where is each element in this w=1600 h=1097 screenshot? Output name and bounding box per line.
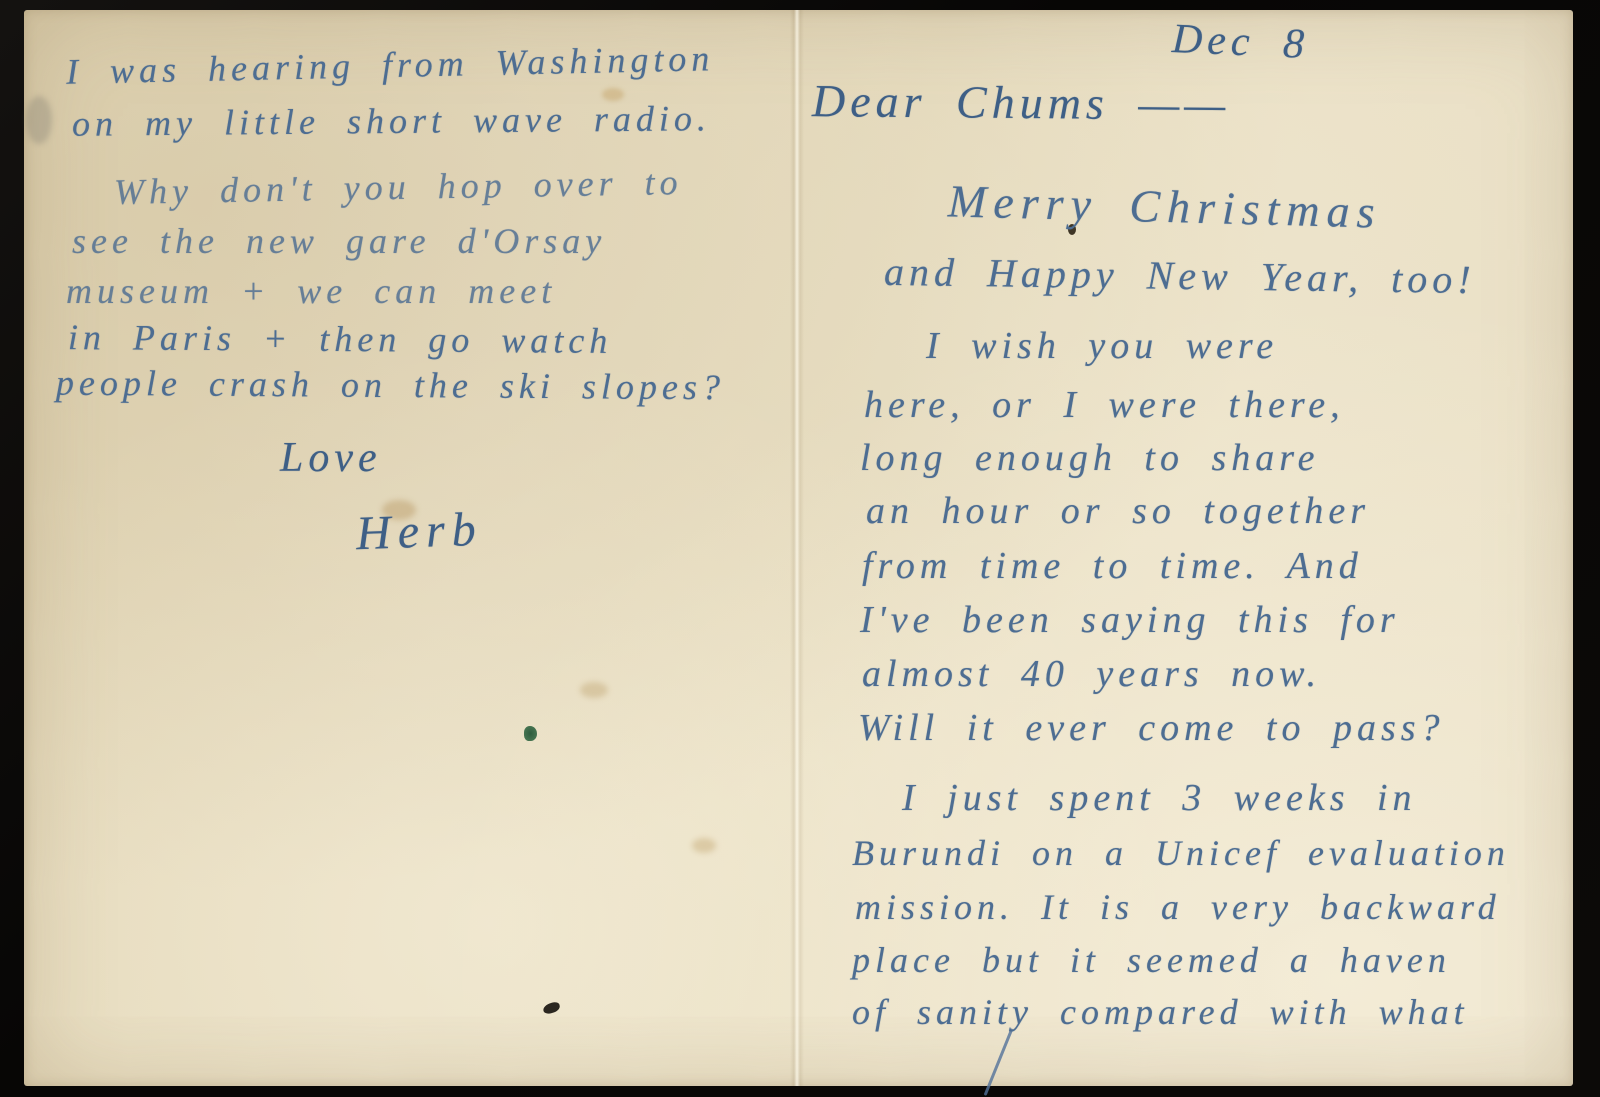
scanned-letter: I was hearing from Washington on my litt… bbox=[0, 0, 1600, 1097]
letter-line: museum + we can meet bbox=[66, 270, 556, 312]
letter-line: on my little short wave radio. bbox=[72, 97, 711, 145]
letter-line: almost 40 years now. bbox=[862, 652, 1321, 696]
letter-line: Will it ever come to pass? bbox=[858, 706, 1445, 750]
letter-line: from time to time. And bbox=[862, 544, 1363, 588]
letter-line: here, or I were there, bbox=[864, 383, 1345, 427]
letter-line: see the new gare d'Orsay bbox=[72, 220, 606, 262]
stain-brown-smudge bbox=[692, 838, 716, 853]
stain-brown-smudge bbox=[580, 682, 608, 698]
letter-line: in Paris + then go watch bbox=[68, 316, 613, 362]
letter-line: mission. It is a very backward bbox=[855, 886, 1501, 928]
letter-line: Burundi on a Unicef evaluation bbox=[852, 832, 1510, 874]
letter-line: people crash on the ski slopes? bbox=[56, 362, 725, 409]
letter-line: of sanity compared with what bbox=[852, 991, 1469, 1033]
letter-line: place but it seemed a haven bbox=[852, 939, 1451, 981]
letter-line: long enough to share bbox=[860, 436, 1320, 480]
letter-line: I just spent 3 weeks in bbox=[902, 776, 1417, 820]
letter-line: I wish you were bbox=[926, 324, 1278, 368]
letter-line: and Happy New Year, too! bbox=[884, 248, 1476, 303]
letter-date: Dec 8 bbox=[1171, 15, 1310, 69]
salutation: Dear Chums —— bbox=[812, 74, 1231, 131]
stain-green-speck bbox=[524, 726, 537, 741]
stain-gray-smudge bbox=[26, 96, 52, 144]
closing-line: Love bbox=[280, 434, 382, 482]
letter-line: Merry Christmas bbox=[947, 174, 1382, 238]
letter-line: I've been saying this for bbox=[860, 598, 1400, 642]
signature: Herb bbox=[355, 502, 483, 561]
fold-crease bbox=[790, 10, 804, 1086]
letter-line: an hour or so together bbox=[866, 489, 1370, 533]
